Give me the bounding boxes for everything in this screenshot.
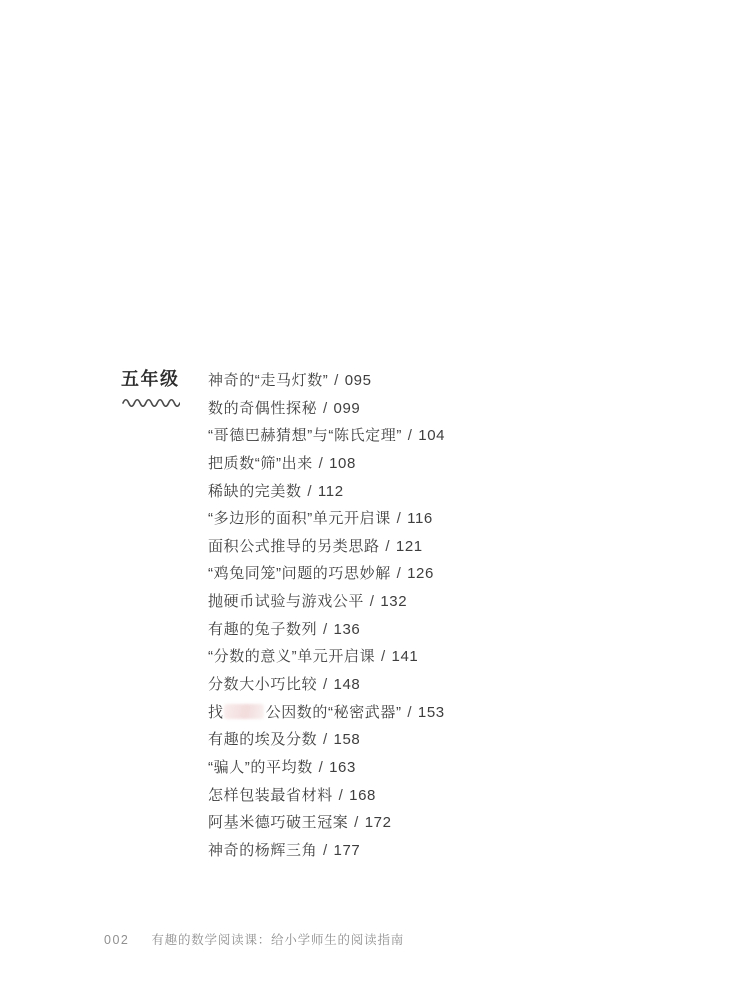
footer-book-title: 有趣的数学阅读课：给小学师生的阅读指南 (151, 930, 404, 948)
toc-entry-title: 神奇的杨辉三角 (208, 842, 317, 859)
toc-entry-page-number: 121 (396, 538, 423, 555)
toc-entry-page-number: 132 (380, 593, 407, 610)
toc-entry: 把质数“筛”出来 / 108 (208, 450, 628, 478)
toc-entry-title: 公因数的“秘密武器” (266, 704, 402, 721)
toc-entry-page-number: 153 (418, 704, 445, 721)
toc-entry-separator: / (317, 676, 333, 693)
toc-entry-page-number: 172 (365, 814, 392, 831)
redacted-smudge (224, 704, 264, 719)
toc-entry: 分数大小巧比较 / 148 (208, 671, 628, 699)
toc-entry-page-number: 126 (407, 565, 434, 582)
toc-entry-title: “骗人”的平均数 (208, 759, 313, 776)
toc-entry: “骗人”的平均数 / 163 (208, 754, 628, 782)
toc-entry-separator: / (328, 372, 344, 389)
toc-entry-title: 神奇的“走马灯数” (208, 372, 328, 389)
toc-entry-title: 阿基米德巧破王冠案 (208, 814, 348, 831)
toc-entry-separator: / (402, 427, 418, 444)
toc-entry-separator: / (402, 704, 418, 721)
toc-entry-title: “鸡兔同笼”问题的巧思妙解 (208, 565, 391, 582)
toc-entry: 有趣的兔子数列 / 136 (208, 616, 628, 644)
toc-entry-title: 把质数“筛”出来 (208, 455, 313, 472)
toc-entry-page-number: 095 (345, 372, 372, 389)
toc-entry-separator: / (348, 814, 364, 831)
footer-page-number: 002 (104, 933, 129, 947)
toc-entry-title: 抛硬币试验与游戏公平 (208, 593, 364, 610)
toc-entry: “多边形的面积”单元开启课 / 116 (208, 505, 628, 533)
toc-entry: 找公因数的“秘密武器” / 153 (208, 699, 628, 727)
book-page: 五年级 神奇的“走马灯数” / 095数的奇偶性探秘 / 099“哥德巴赫猜想”… (0, 0, 750, 1000)
toc-entry: 稀缺的完美数 / 112 (208, 478, 628, 506)
toc-entry-page-number: 108 (329, 455, 356, 472)
page-footer: 002 有趣的数学阅读课：给小学师生的阅读指南 (104, 930, 404, 948)
toc-entry: 数的奇偶性探秘 / 099 (208, 395, 628, 423)
section-heading: 五年级 (121, 369, 180, 407)
wavy-underline-icon (122, 395, 180, 407)
toc-entry: 阿基米德巧破王冠案 / 172 (208, 809, 628, 837)
toc-entry: 抛硬币试验与游戏公平 / 132 (208, 588, 628, 616)
toc-entry-title: 有趣的埃及分数 (208, 731, 317, 748)
toc-entry: 神奇的杨辉三角 / 177 (208, 837, 628, 865)
toc-entry-title: 数的奇偶性探秘 (208, 400, 317, 417)
toc-entry-page-number: 148 (334, 676, 361, 693)
toc-entry-page-number: 141 (392, 648, 419, 665)
toc-entry-page-number: 177 (334, 842, 361, 859)
toc-entry-page-number: 116 (407, 510, 433, 527)
toc-entry-page-number: 112 (318, 483, 344, 500)
toc-entry: 神奇的“走马灯数” / 095 (208, 367, 628, 395)
toc-list: 神奇的“走马灯数” / 095数的奇偶性探秘 / 099“哥德巴赫猜想”与“陈氏… (208, 367, 628, 865)
toc-entry-title: 面积公式推导的另类思路 (208, 538, 380, 555)
toc-entry-title-prefix: 找 (208, 704, 224, 721)
toc-entry-page-number: 136 (334, 621, 361, 638)
toc-entry-page-number: 104 (418, 427, 445, 444)
toc-entry-separator: / (302, 483, 318, 500)
toc-entry-title: 稀缺的完美数 (208, 483, 302, 500)
toc-entry-page-number: 168 (349, 787, 376, 804)
toc-entry-separator: / (391, 510, 407, 527)
toc-entry-title: 分数大小巧比较 (208, 676, 317, 693)
toc-entry: 怎样包装最省材料 / 168 (208, 782, 628, 810)
toc-entry-title: “分数的意义”单元开启课 (208, 648, 375, 665)
toc-entry-title: “多边形的面积”单元开启课 (208, 510, 391, 527)
toc-entry-page-number: 158 (334, 731, 361, 748)
toc-entry-title: “哥德巴赫猜想”与“陈氏定理” (208, 427, 402, 444)
toc-entry-separator: / (391, 565, 407, 582)
section-title: 五年级 (121, 369, 180, 390)
toc-entry-page-number: 163 (329, 759, 356, 776)
toc-entry-title: 怎样包装最省材料 (208, 787, 333, 804)
toc-entry-separator: / (313, 455, 329, 472)
toc-entry-title: 有趣的兔子数列 (208, 621, 317, 638)
toc-entry: 面积公式推导的另类思路 / 121 (208, 533, 628, 561)
toc-entry-separator: / (317, 731, 333, 748)
toc-entry-separator: / (380, 538, 396, 555)
toc-entry-separator: / (333, 787, 349, 804)
toc-entry-separator: / (364, 593, 380, 610)
toc-entry: 有趣的埃及分数 / 158 (208, 726, 628, 754)
toc-entry: “哥德巴赫猜想”与“陈氏定理” / 104 (208, 422, 628, 450)
toc-entry-separator: / (317, 400, 333, 417)
toc-entry: “分数的意义”单元开启课 / 141 (208, 643, 628, 671)
toc-entry-separator: / (375, 648, 391, 665)
toc-entry-separator: / (313, 759, 329, 776)
toc-entry-separator: / (317, 842, 333, 859)
toc-entry: “鸡兔同笼”问题的巧思妙解 / 126 (208, 560, 628, 588)
toc-entry-separator: / (317, 621, 333, 638)
toc-entry-page-number: 099 (334, 400, 361, 417)
